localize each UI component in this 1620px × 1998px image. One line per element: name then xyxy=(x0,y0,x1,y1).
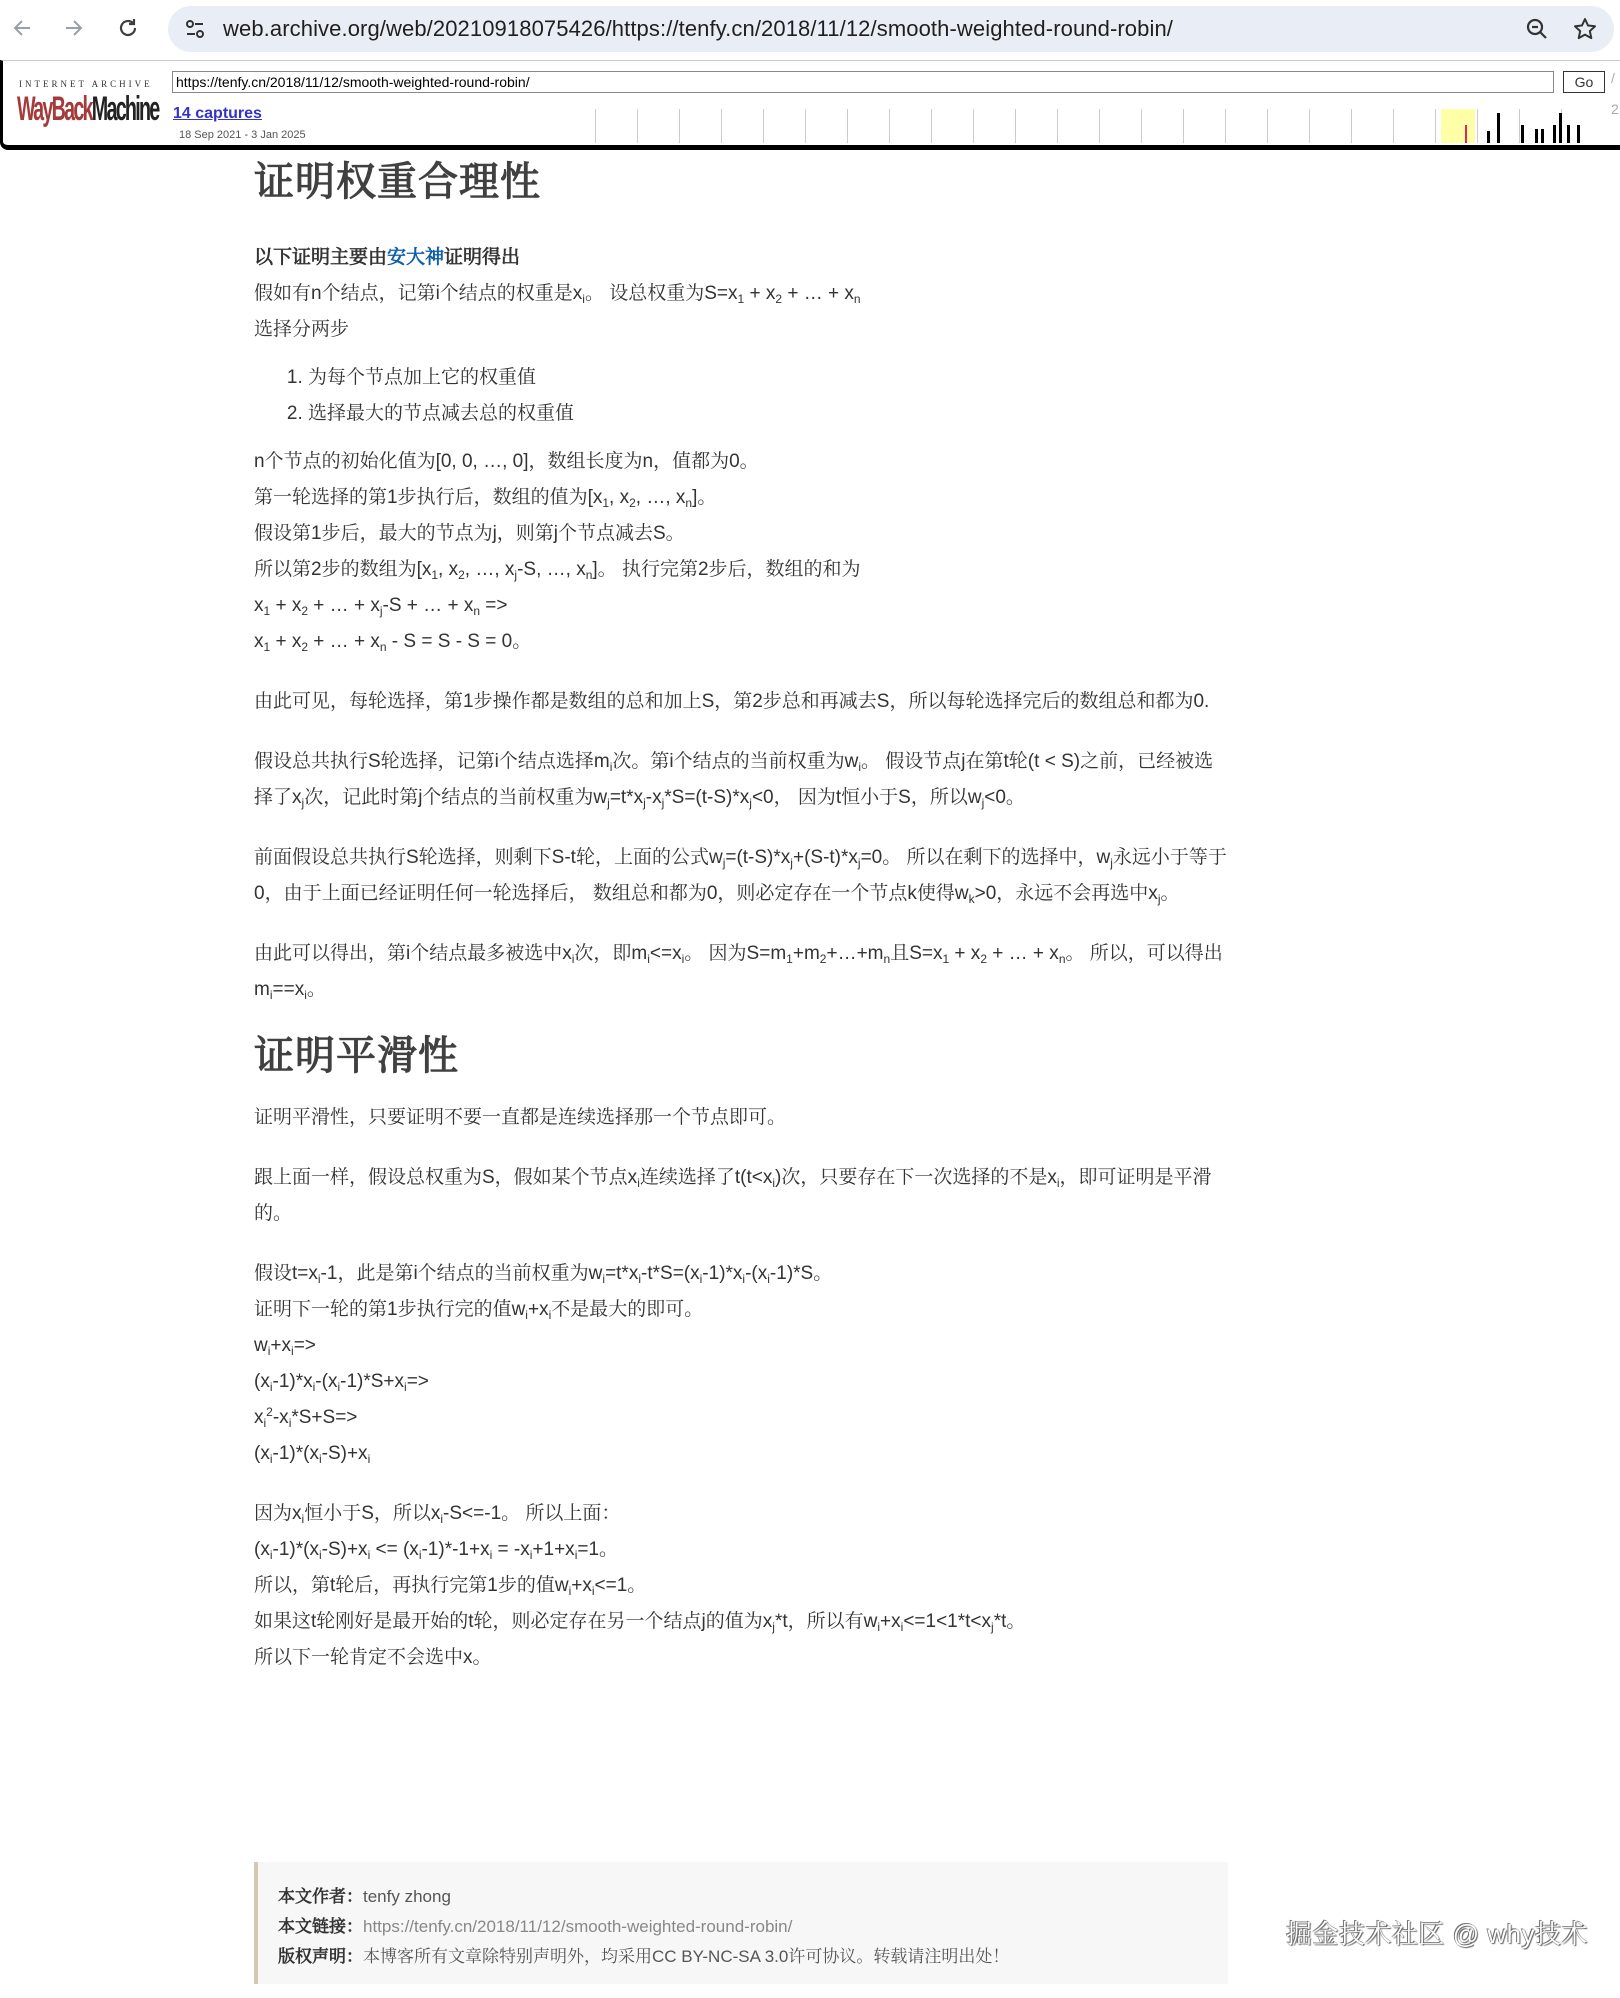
truncated-year-label: 2 xyxy=(1611,101,1619,117)
paragraph-array-sum: n个节点的初始化值为[0, 0, …, 0]，数组长度为n，值都为0。第一轮选择… xyxy=(254,444,1230,660)
text-line: x1 + x2 + … + xn - S = S - S = 0。 xyxy=(254,624,1230,660)
article-permalink[interactable]: https://tenfy.cn/2018/11/12/smooth-weigh… xyxy=(363,1917,792,1936)
text-line: wi+xi=> xyxy=(254,1328,1230,1364)
text-line: 证明平滑性，只要证明不要一直都是连续选择那一个节点即可。 xyxy=(254,1100,1230,1136)
heading-smoothness: 证明平滑性 xyxy=(254,1030,1230,1082)
wayback-logo[interactable]: WayBackMachine xyxy=(17,91,159,127)
intro-prefix: 以下证明主要由 xyxy=(254,247,387,268)
back-arrow-icon[interactable] xyxy=(6,12,38,44)
text-line: 第一轮选择的第1步执行后，数组的值为[x1, x2, …, xn]。 xyxy=(254,480,1230,516)
text-line: 前面假设总共执行S轮选择，则剩下S-t轮，上面的公式wj=(t-S)*xj+(S… xyxy=(254,840,1230,912)
link-label: 本文链接： xyxy=(278,1917,363,1936)
paragraph-final-proof: 因为xi恒小于S，所以xi-S<=-1。 所以上面：(xi-1)*(xi-S)+… xyxy=(254,1496,1230,1676)
text-line: 所以，第t轮后，再执行完第1步的值wi+xi<=1。 xyxy=(254,1568,1230,1604)
text-line: (xi-1)*(xi-S)+xi xyxy=(254,1436,1230,1472)
text-line: 跟上面一样，假设总权重为S，假如某个节点xi连续选择了t(t<xi)次，只要存在… xyxy=(254,1160,1230,1232)
text-line: 所以下一轮肯定不会选中x。 xyxy=(254,1640,1230,1676)
text-line: (xi-1)*(xi-S)+xi <= (xi-1)*-1+xi = -xi+1… xyxy=(254,1532,1230,1568)
paragraph-smoothness-setup: 跟上面一样，假设总权重为S，假如某个节点xi连续选择了t(t<xi)次，只要存在… xyxy=(254,1160,1230,1232)
heading-weight-rationality: 证明权重合理性 xyxy=(254,156,1230,208)
intro-line: 以下证明主要由安大神证明得出 xyxy=(254,240,1230,276)
text-line: x1 + x2 + … + xj-S + … + xn => xyxy=(254,588,1230,624)
capture-sparkline[interactable] xyxy=(595,109,1603,143)
license-label: 版权声明： xyxy=(278,1947,363,1966)
text-line: 因为xi恒小于S，所以xi-S<=-1。 所以上面： xyxy=(254,1496,1230,1532)
paragraph-remaining-rounds: 前面假设总共执行S轮选择，则剩下S-t轮，上面的公式wj=(t-S)*xj+(S… xyxy=(254,840,1230,912)
author-name: tenfy zhong xyxy=(363,1887,451,1906)
text-line: 假如有n个结点，记第i个结点的权重是xi。 设总权重为S=x1 + x2 + …… xyxy=(254,276,1230,312)
wayback-logo-caption: INTERNET ARCHIVE xyxy=(19,79,153,89)
bookmark-star-icon[interactable] xyxy=(1572,16,1598,42)
captures-link[interactable]: 14 captures xyxy=(173,105,262,123)
browser-toolbar: web.archive.org/web/20210918075426/https… xyxy=(0,0,1620,58)
paragraph-sum-zero: 由此可见，每轮选择，第1步操作都是数组的总和加上S，第2步总和再减去S，所以每轮… xyxy=(254,684,1230,720)
author-label: 本文作者： xyxy=(278,1887,363,1906)
reload-icon[interactable] xyxy=(112,12,144,44)
text-line: n个节点的初始化值为[0, 0, …, 0]，数组长度为n，值都为0。 xyxy=(254,444,1230,480)
text-line: 选择分两步 xyxy=(254,312,1230,348)
zoom-icon[interactable] xyxy=(1524,16,1550,42)
address-bar[interactable]: web.archive.org/web/20210918075426/https… xyxy=(168,6,1614,52)
current-capture-marker xyxy=(1465,125,1467,143)
truncated-link: / xyxy=(1611,70,1615,86)
watermark: 掘金技术社区 @ why技术 xyxy=(1286,1914,1588,1951)
text-line: (xi-1)*xi-(xi-1)*S+xi=> xyxy=(254,1364,1230,1400)
license-row: 版权声明：本博客所有文章除特别声明外，均采用CC BY-NC-SA 3.0许可协… xyxy=(278,1942,1228,1972)
step-2: 选择最大的节点减去总的权重值 xyxy=(308,396,1230,432)
author-row: 本文作者：tenfy zhong xyxy=(278,1882,1228,1912)
step-1: 为每个节点加上它的权重值 xyxy=(308,360,1230,396)
paragraph-conclusion: 由此可以得出，第i个结点最多被选中xi次，即mi<=xi。 因为S=m1+m2+… xyxy=(254,936,1230,1008)
paragraph-setup: 假如有n个结点，记第i个结点的权重是xi。 设总权重为S=x1 + x2 + …… xyxy=(254,276,1230,348)
site-info-icon[interactable] xyxy=(182,16,208,42)
capture-date-range: 18 Sep 2021 - 3 Jan 2025 xyxy=(179,129,306,141)
text-line: 所以第2步的数组为[x1, x2, …, xj-S, …, xn]。 执行完第2… xyxy=(254,552,1230,588)
paragraph-smoothness-intro: 证明平滑性，只要证明不要一直都是连续选择那一个节点即可。 xyxy=(254,1100,1230,1136)
author-link[interactable]: 安大神 xyxy=(387,247,444,268)
intro-suffix: 证明得出 xyxy=(444,247,520,268)
paragraph-derivation: 假设t=xi-1，此是第i个结点的当前权重为wi=t*xi-t*S=(xi-1)… xyxy=(254,1256,1230,1472)
text-line: 证明下一轮的第1步执行完的值wi+xi不是最大的即可。 xyxy=(254,1292,1230,1328)
copyright-box: 本文作者：tenfy zhong 本文链接：https://tenfy.cn/2… xyxy=(254,1862,1228,1984)
wayback-url-input[interactable]: https://tenfy.cn/2018/11/12/smooth-weigh… xyxy=(172,71,1554,93)
wayback-logo-part2: Machine xyxy=(92,90,159,128)
paragraph-assumption: 假设总共执行S轮选择，记第i个结点选择mi次。第i个结点的当前权重为wi。 假设… xyxy=(254,744,1230,816)
text-line: xi2-xi*S+S=> xyxy=(254,1400,1230,1436)
current-year-highlight xyxy=(1441,109,1475,143)
wayback-toolbar: INTERNET ARCHIVE WayBackMachine https://… xyxy=(0,60,1620,150)
text-line: 假设t=xi-1，此是第i个结点的当前权重为wi=t*xi-t*S=(xi-1)… xyxy=(254,1256,1230,1292)
forward-arrow-icon[interactable] xyxy=(58,12,90,44)
text-line: 假设第1步后，最大的节点为j，则第j个节点减去S。 xyxy=(254,516,1230,552)
text-line: 由此可以得出，第i个结点最多被选中xi次，即mi<=xi。 因为S=m1+m2+… xyxy=(254,936,1230,1008)
link-row: 本文链接：https://tenfy.cn/2018/11/12/smooth-… xyxy=(278,1912,1228,1942)
article-content: 证明权重合理性 以下证明主要由安大神证明得出 假如有n个结点，记第i个结点的权重… xyxy=(254,156,1230,1676)
wayback-logo-part1: WayBack xyxy=(17,90,92,128)
steps-list: 为每个节点加上它的权重值 选择最大的节点减去总的权重值 xyxy=(254,360,1230,432)
license-text: 本博客所有文章除特别声明外，均采用CC BY-NC-SA 3.0许可协议。转载请… xyxy=(363,1947,1009,1966)
go-button[interactable]: Go xyxy=(1563,71,1605,93)
text-line: 假设总共执行S轮选择，记第i个结点选择mi次。第i个结点的当前权重为wi。 假设… xyxy=(254,744,1230,816)
address-url[interactable]: web.archive.org/web/20210918075426/https… xyxy=(223,16,1173,42)
text-line: 由此可见，每轮选择，第1步操作都是数组的总和加上S，第2步总和再减去S，所以每轮… xyxy=(254,684,1230,720)
text-line: 如果这t轮刚好是最开始的t轮，则必定存在另一个结点j的值为xj*t，所以有wi+… xyxy=(254,1604,1230,1640)
